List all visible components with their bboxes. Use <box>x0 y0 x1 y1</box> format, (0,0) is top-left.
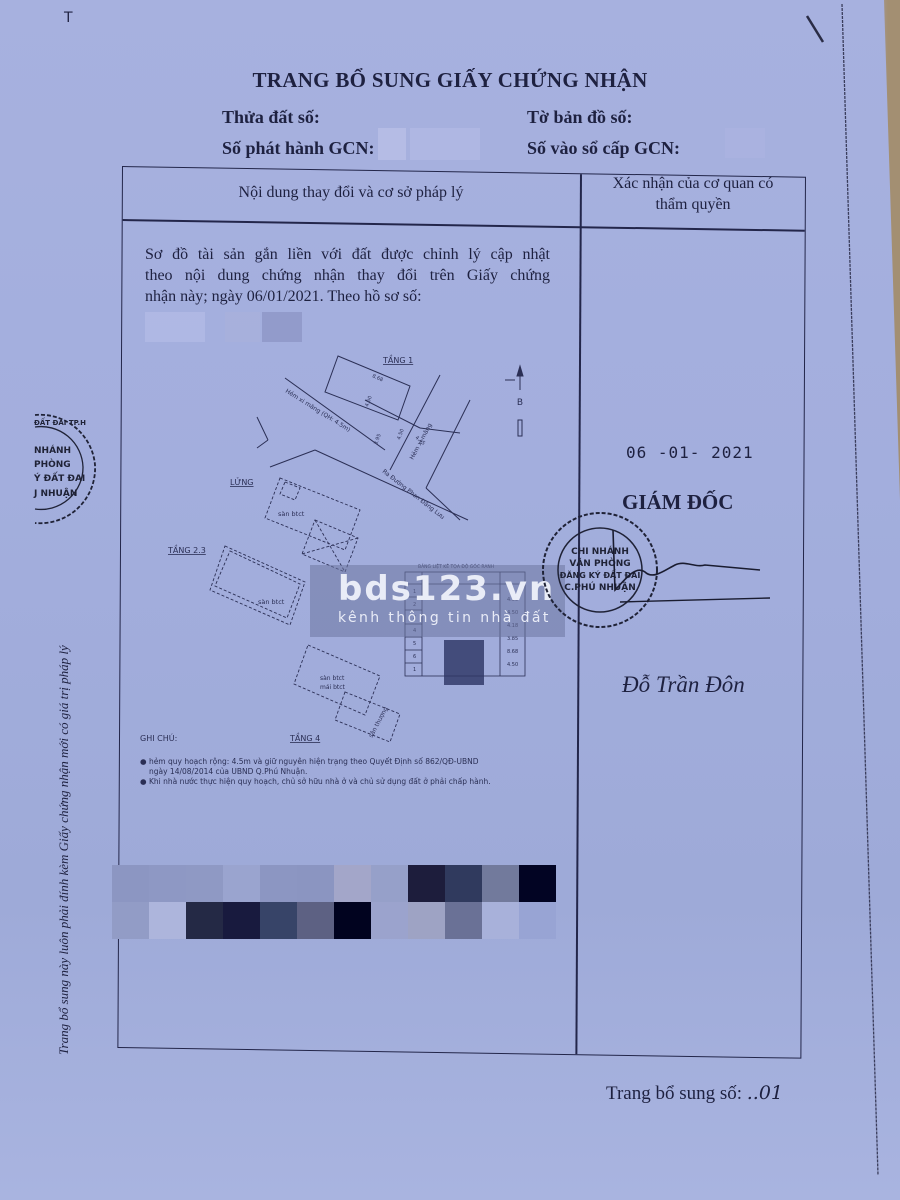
north-label: B <box>517 398 523 408</box>
note-item: ● Khi nhà nước thực hiện quy hoạch, chủ … <box>140 777 491 787</box>
note-item-cont: ngày 14/08/2014 của UBND Q.Phú Nhuận. <box>140 767 491 777</box>
svg-text:PHÒNG: PHÒNG <box>34 458 71 470</box>
svg-text:8.68: 8.68 <box>371 373 384 383</box>
street-label: Ra Đường Phan Đăng Lưu <box>381 468 446 521</box>
svg-text:4.50: 4.50 <box>396 428 405 441</box>
alley-label: Hẻm xi măng (QH: 4.5m) <box>284 388 352 434</box>
svg-text:C.PHÚ NHUẬN: C.PHÚ NHUẬN <box>564 581 635 593</box>
signer-name: Đỗ Trần Đôn <box>622 672 745 698</box>
floor-label-4: TẦNG 4 <box>289 731 320 743</box>
room-label: sân thượng <box>368 706 390 739</box>
room-label: sàn btct <box>320 675 345 682</box>
signature <box>613 530 760 590</box>
svg-text:4.50: 4.50 <box>364 395 373 408</box>
svg-text:ĐĂNG KÝ ĐẤT ĐAI: ĐĂNG KÝ ĐẤT ĐAI <box>560 568 641 580</box>
floor-label-1: TẦNG 1 <box>382 353 413 365</box>
svg-text:3.95: 3.95 <box>373 433 382 446</box>
room-label: sàn btct <box>278 510 305 518</box>
notes-title: GHI CHÚ: <box>140 732 177 743</box>
floor-label-lung: LỬNG <box>230 476 254 487</box>
watermark: bds123.vn kênh thông tin nhà đất <box>310 565 565 637</box>
svg-text:ĐẤT ĐAI TP.H: ĐẤT ĐAI TP.H <box>34 417 86 427</box>
svg-text:Ý ĐẤT ĐAI: Ý ĐẤT ĐAI <box>33 471 85 484</box>
svg-text:8.68: 8.68 <box>507 649 518 655</box>
svg-text:1: 1 <box>413 667 416 673</box>
svg-text:6: 6 <box>413 654 416 660</box>
room-label: mái btct <box>320 684 346 691</box>
floor-label-2-3: TẦNG 2.3 <box>167 543 206 555</box>
watermark-tagline: kênh thông tin nhà đất <box>338 610 551 626</box>
footer-number: ..01 <box>747 1082 783 1104</box>
room-label: sàn btct <box>258 598 285 606</box>
official-stamp: CHI NHÁNH VĂN PHÒNG ĐĂNG KÝ ĐẤT ĐAI C.PH… <box>535 510 775 640</box>
partial-stamp: ĐẤT ĐAI TP.H NHÁNH PHÒNG Ý ĐẤT ĐAI J NHU… <box>20 405 110 530</box>
approval-date: 06 -01- 2021 <box>626 443 754 462</box>
watermark-brand: bds123.vn <box>338 569 555 609</box>
svg-text:CHI NHÁNH: CHI NHÁNH <box>571 545 629 557</box>
footer-label: Trang bổ sung số: <box>606 1083 742 1104</box>
redacted-coords <box>444 640 484 685</box>
note-item: ● hẻm quy hoạch rộng: 4.5m và giữ nguyên… <box>140 757 491 767</box>
diagram-notes: ● hẻm quy hoạch rộng: 4.5m và giữ nguyên… <box>140 757 491 787</box>
svg-text:J NHUẬN: J NHUẬN <box>33 488 77 499</box>
svg-text:4.50: 4.50 <box>507 662 518 668</box>
supplement-page-number: Trang bổ sung số: ..01 <box>606 1082 783 1105</box>
svg-text:5: 5 <box>413 641 416 647</box>
svg-text:NHÁNH: NHÁNH <box>34 444 71 456</box>
svg-text:VĂN PHÒNG: VĂN PHÒNG <box>569 557 630 569</box>
margin-note: Trang bổ sung này luôn phải đính kèm Giấ… <box>56 645 72 1055</box>
